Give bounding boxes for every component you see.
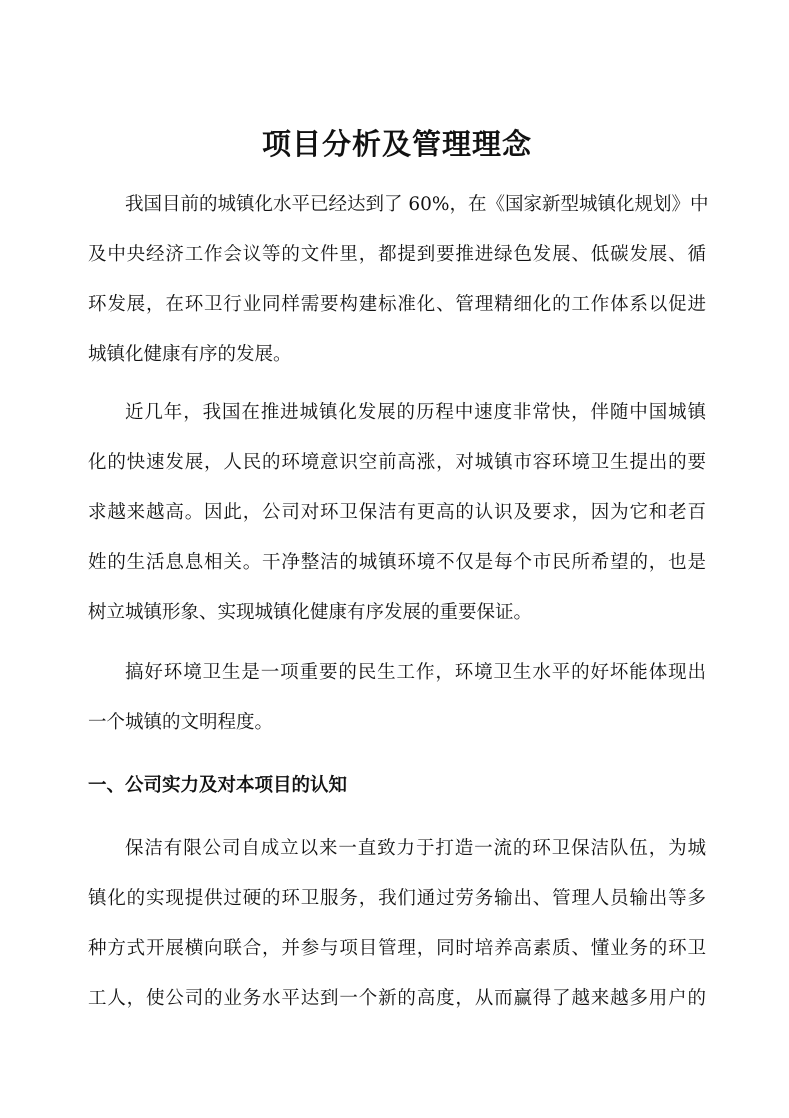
- section-heading: 一、公司实力及对本项目的认知: [88, 766, 347, 806]
- paragraph-3: 搞好环境卫生是一项重要的民生工作，环境卫生水平的好坏能体现出 一个城镇的文明程度…: [88, 648, 706, 748]
- paragraph-line: 工人，使公司的业务水平达到一个新的高度，从而赢得了越来越多用户的: [88, 974, 706, 1024]
- paragraph-line: 树立城镇形象、实现城镇化健康有序发展的重要保证。: [88, 588, 706, 638]
- paragraph-line: 城镇化健康有序的发展。: [88, 330, 706, 380]
- paragraph-line: 一个城镇的文明程度。: [88, 698, 706, 748]
- paragraph-line: 近几年，我国在推进城镇化发展的历程中速度非常快，伴随中国城镇: [88, 388, 706, 438]
- paragraph-line: 化的快速发展，人民的环境意识空前高涨，对城镇市容环境卫生提出的要: [88, 438, 706, 488]
- paragraph-line: 搞好环境卫生是一项重要的民生工作，环境卫生水平的好坏能体现出: [88, 648, 706, 698]
- paragraph-2: 近几年，我国在推进城镇化发展的历程中速度非常快，伴随中国城镇 化的快速发展，人民…: [88, 388, 706, 638]
- paragraph-line: 及中央经济工作会议等的文件里，都提到要推进绿色发展、低碳发展、循: [88, 230, 706, 280]
- paragraph-line: 种方式开展横向联合，并参与项目管理，同时培养高素质、懂业务的环卫: [88, 924, 706, 974]
- section-paragraph: 保洁有限公司自成立以来一直致力于打造一流的环卫保洁队伍，为城 镇化的实现提供过硬…: [88, 824, 706, 1024]
- paragraph-line: 我国目前的城镇化水平已经达到了 60%，在《国家新型城镇化规划》中: [88, 180, 706, 230]
- document-title: 项目分析及管理理念: [88, 124, 706, 164]
- paragraph-line: 保洁有限公司自成立以来一直致力于打造一流的环卫保洁队伍，为城: [88, 824, 706, 874]
- paragraph-line: 求越来越高。因此，公司对环卫保洁有更高的认识及要求，因为它和老百: [88, 488, 706, 538]
- paragraph-line: 姓的生活息息相关。干净整洁的城镇环境不仅是每个市民所希望的，也是: [88, 538, 706, 588]
- paragraph-line: 镇化的实现提供过硬的环卫服务，我们通过劳务输出、管理人员输出等多: [88, 874, 706, 924]
- paragraph-line: 环发展，在环卫行业同样需要构建标准化、管理精细化的工作体系以促进: [88, 280, 706, 330]
- paragraph-1: 我国目前的城镇化水平已经达到了 60%，在《国家新型城镇化规划》中 及中央经济工…: [88, 180, 706, 380]
